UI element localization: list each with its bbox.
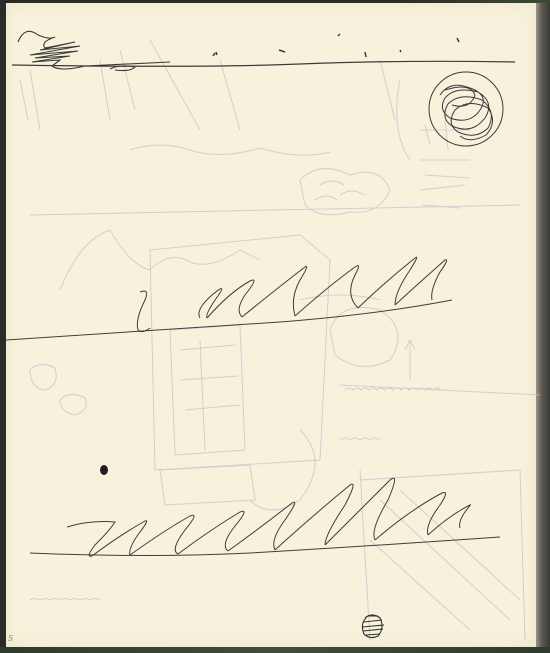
middle-zigzag-line <box>6 257 452 340</box>
ink-dot <box>100 465 108 475</box>
small-scribble-ball <box>362 615 384 638</box>
ink-tick-marks <box>213 34 459 57</box>
circled-scribble <box>429 72 503 146</box>
page-number: 5 <box>8 634 13 643</box>
signature-scribble <box>18 31 170 70</box>
drawing-layer <box>0 0 550 653</box>
show-through-sketches <box>20 40 540 640</box>
scan-background: 5 <box>0 0 550 653</box>
